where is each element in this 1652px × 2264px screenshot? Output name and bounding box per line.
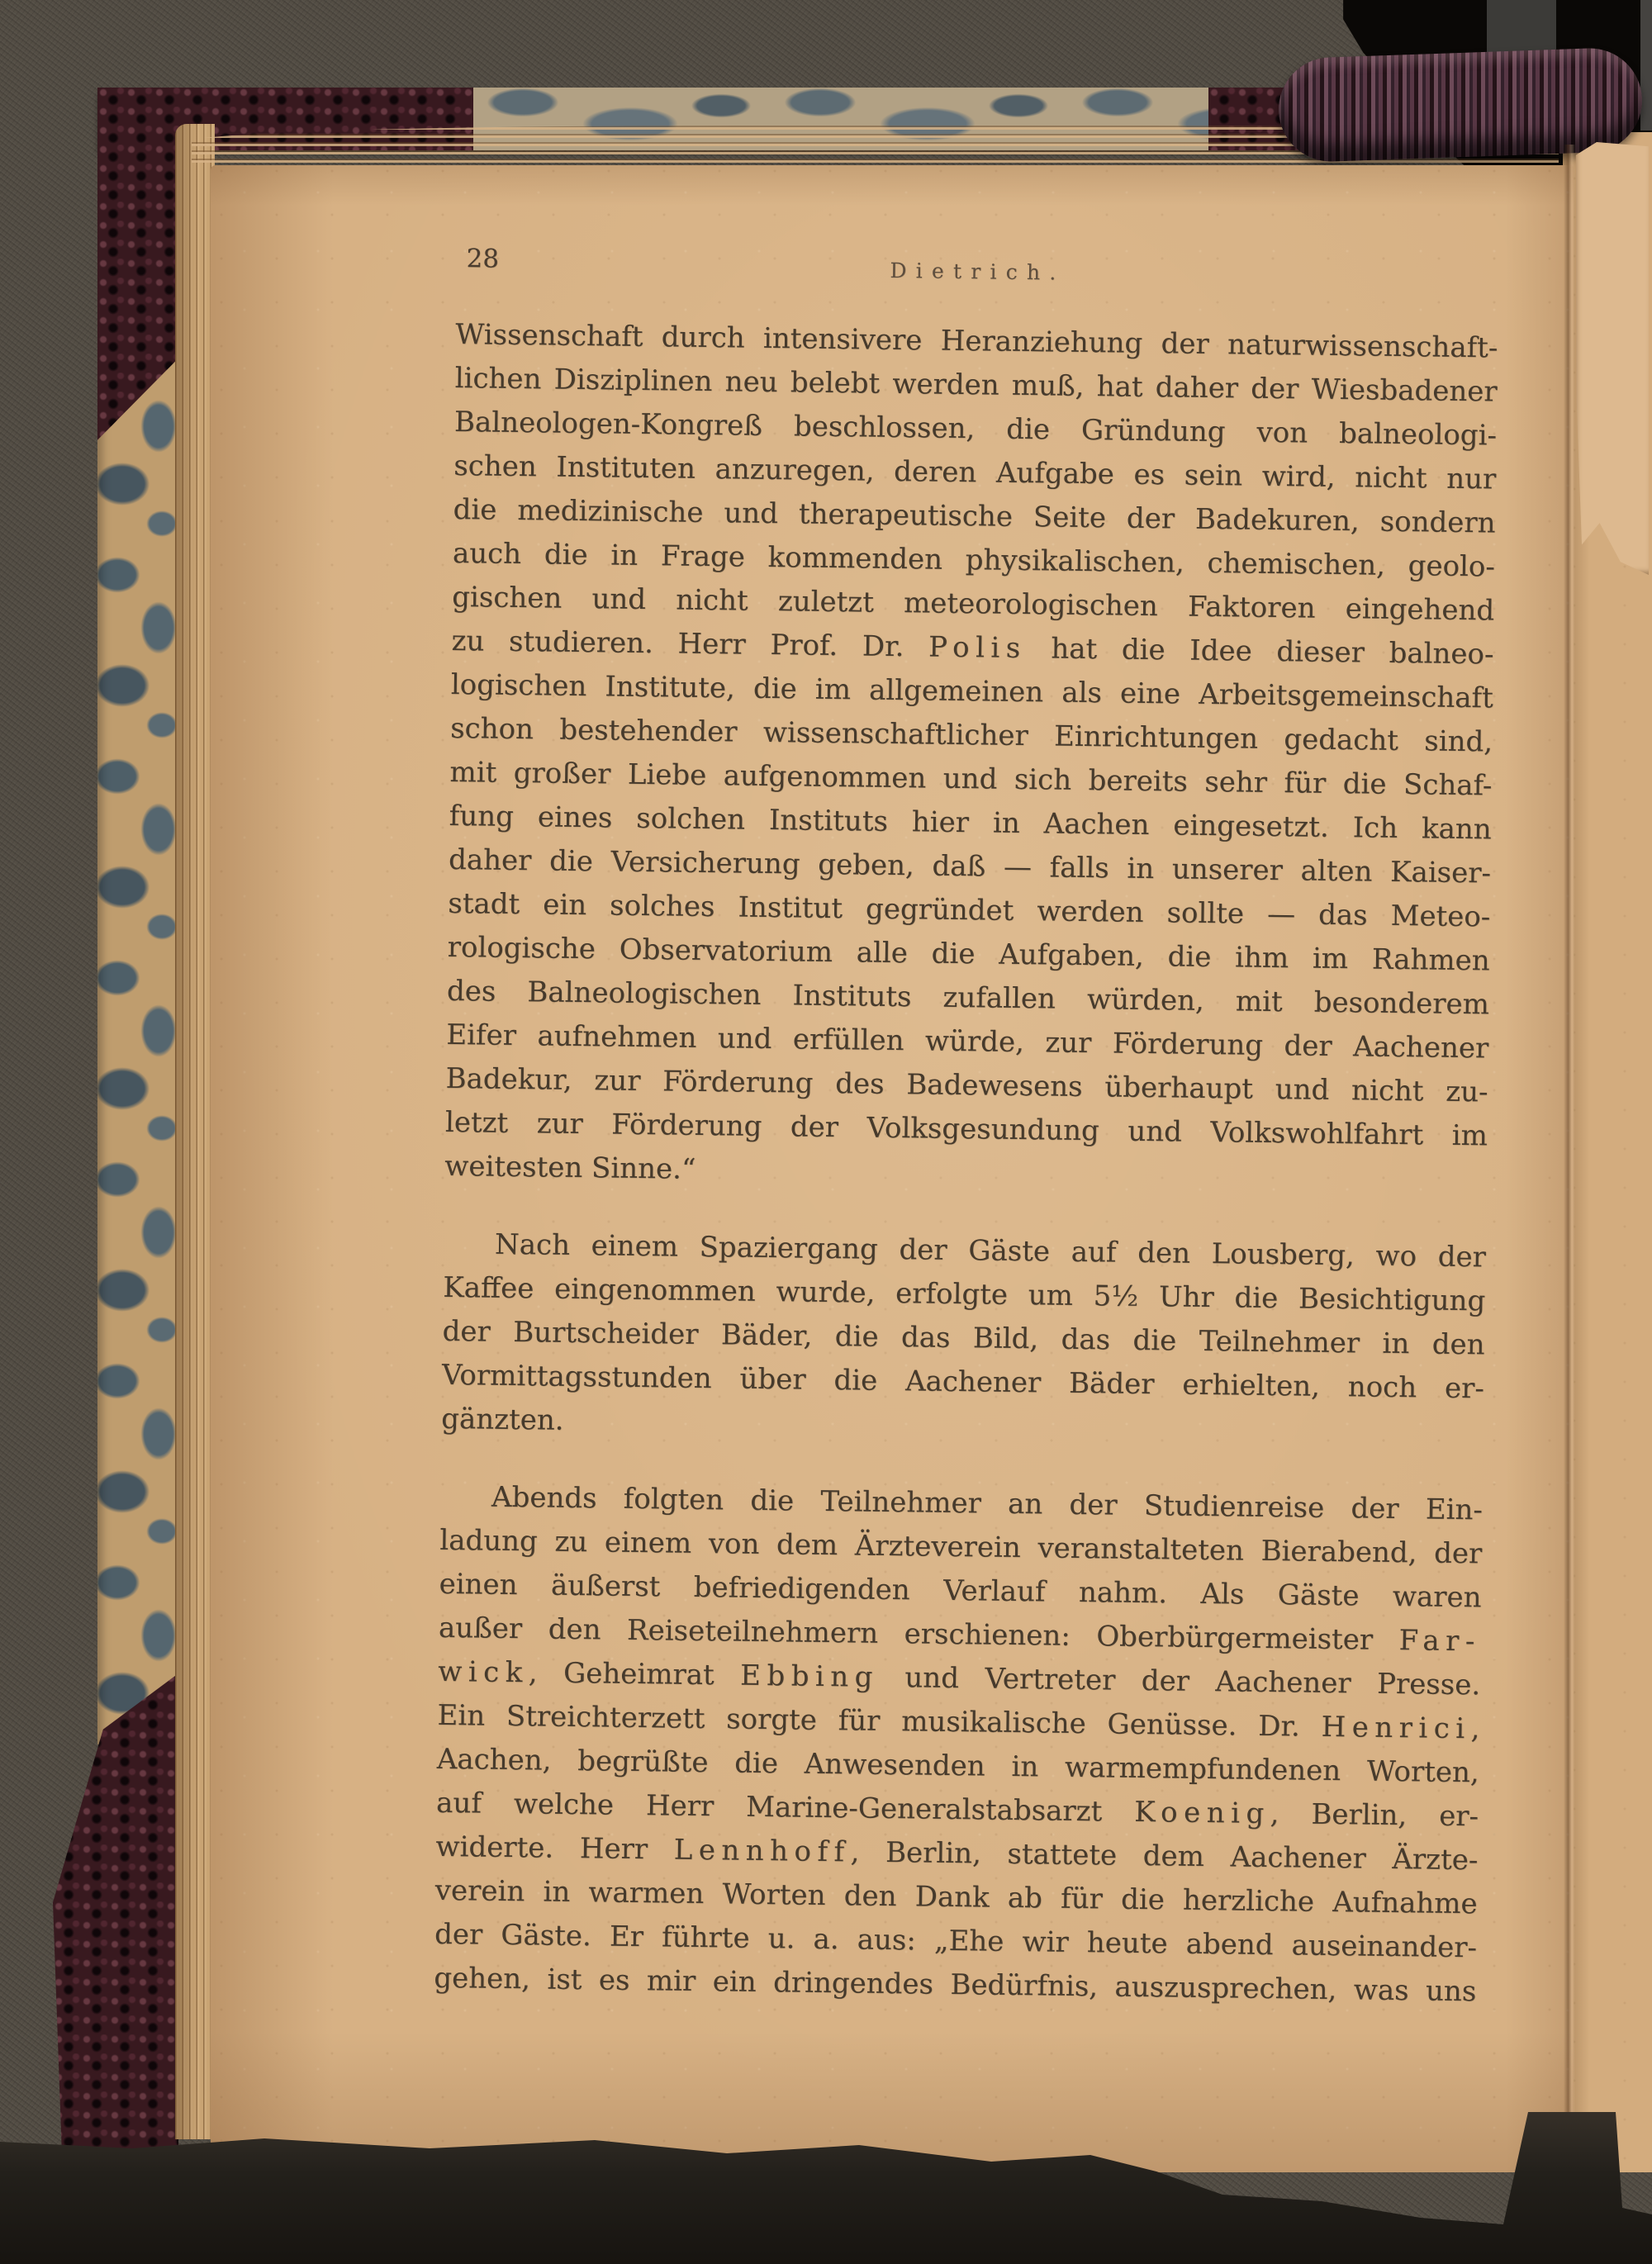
body-text: Wissenschaft durch intensivere Heranzieh… (434, 313, 1498, 2014)
letterspaced-name: Ebbing (740, 1659, 879, 1694)
letterspaced-name: Koenig (1134, 1796, 1270, 1830)
letterspaced-name: Henrici (1321, 1711, 1471, 1745)
page-edge-stack (175, 124, 215, 2139)
page-fold-crease (1564, 145, 1575, 2119)
paragraph: Abends folgten die Teilnehmer an der Stu… (434, 1475, 1483, 2014)
running-header: Dietrich. (456, 243, 1499, 301)
printed-text: 28 Dietrich. Wissenschaft durch intensiv… (434, 237, 1499, 2014)
paragraph: Nach einem Spaziergang der Gäste auf den… (441, 1222, 1486, 1455)
letterspaced-name: Lennhoff (674, 1834, 851, 1869)
letterspaced-name: wick (438, 1655, 529, 1689)
book-scan: 28 Dietrich. Wissenschaft durch intensiv… (0, 0, 1652, 2264)
scanner-edge-block (1640, 0, 1652, 131)
letterspaced-name: Far- (1398, 1624, 1481, 1658)
spine-headband (1277, 46, 1644, 163)
letterspaced-name: Polis (928, 631, 1027, 666)
torn-page-fragment (1574, 142, 1649, 575)
leather-corner-bottom (53, 1673, 178, 2182)
paragraph: Wissenschaft durch intensivere Heranzieh… (444, 313, 1498, 1202)
